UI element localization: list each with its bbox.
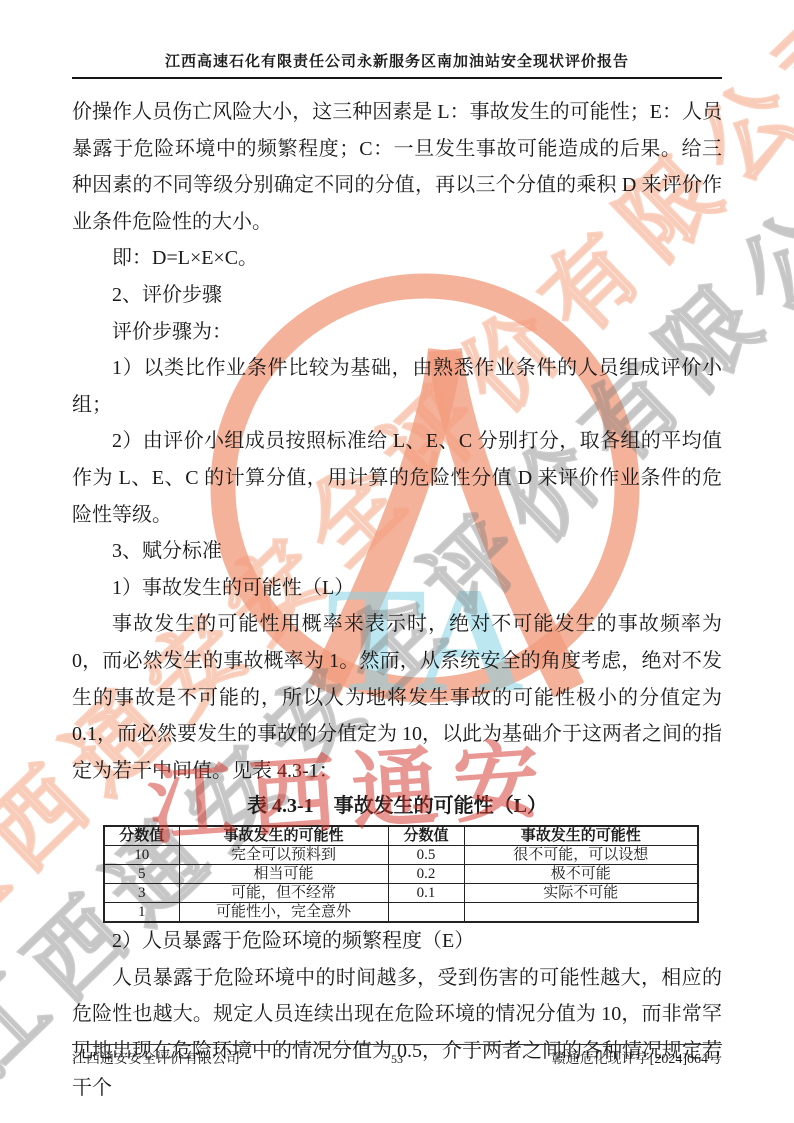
table-cell xyxy=(464,903,698,923)
table-header-row: 分数值 事故发生的可能性 分数值 事故发生的可能性 xyxy=(104,826,698,846)
table-title: 表 4.3-1 事故发生的可能性（L） xyxy=(72,789,722,823)
table-cell: 0.2 xyxy=(388,865,464,884)
document-body: 价操作人员伤亡风险大小，这三种因素是 L：事故发生的可能性；E：人员暴露于危险环… xyxy=(72,94,722,1106)
table-cell: 可能，但不经常 xyxy=(179,884,388,903)
paragraph: 人员暴露于危险环境中的时间越多，受到伤害的可能性越大，相应的危险性也越大。规定人… xyxy=(72,960,722,1106)
column-header: 分数值 xyxy=(104,826,179,846)
likelihood-table: 分数值 事故发生的可能性 分数值 事故发生的可能性 10 完全可以预料到 0.5… xyxy=(103,825,699,923)
table-cell: 10 xyxy=(104,846,179,865)
table-cell: 0.5 xyxy=(388,846,464,865)
table-row: 1 可能性小，完全意外 xyxy=(104,903,698,923)
sub-heading: 2）人员暴露于危险环境的频繁程度（E） xyxy=(72,923,722,960)
table-cell: 1 xyxy=(104,903,179,923)
table-cell: 可能性小，完全意外 xyxy=(179,903,388,923)
footer-rule xyxy=(72,1044,722,1045)
section-heading: 2、评价步骤 xyxy=(72,277,722,314)
table-row: 10 完全可以预料到 0.5 很不可能，可以设想 xyxy=(104,846,698,865)
paragraph: 1）以类比作业条件比较为基础，由熟悉作业条件的人员组成评价小组； xyxy=(72,350,722,423)
table-cell: 实际不可能 xyxy=(464,884,698,903)
paragraph: 即：D=L×E×C。 xyxy=(72,240,722,277)
table-cell: 很不可能，可以设想 xyxy=(464,846,698,865)
page-footer: 江西通安安全评价有限公司 53 赣通危化现评字[2024]064号 xyxy=(72,1048,722,1068)
footer-doc-number: 赣通危化现评字[2024]064号 xyxy=(437,1048,722,1068)
paragraph: 价操作人员伤亡风险大小，这三种因素是 L：事故发生的可能性；E：人员暴露于危险环… xyxy=(72,94,722,240)
table-cell: 3 xyxy=(104,884,179,903)
document-page: 江西通安安全评价有限公司 江西通安安全评价有限公司 TA 江西通安 江西高速石化… xyxy=(0,0,794,1123)
paragraph: 事故发生的可能性用概率来表示时，绝对不可能发生的事故频率为 0，而必然发生的事故… xyxy=(72,606,722,789)
table-row: 5 相当可能 0.2 极不可能 xyxy=(104,865,698,884)
table-cell: 完全可以预料到 xyxy=(179,846,388,865)
section-heading: 3、赋分标准 xyxy=(72,533,722,570)
table-cell: 5 xyxy=(104,865,179,884)
column-header: 事故发生的可能性 xyxy=(464,826,698,846)
footer-company: 江西通安安全评价有限公司 xyxy=(72,1048,357,1068)
column-header: 事故发生的可能性 xyxy=(179,826,388,846)
column-header: 分数值 xyxy=(388,826,464,846)
footer-page-number: 53 xyxy=(357,1052,437,1067)
table-cell: 0.1 xyxy=(388,884,464,903)
table-cell: 极不可能 xyxy=(464,865,698,884)
page-header-title: 江西高速石化有限责任公司永新服务区南加油站安全现状评价报告 xyxy=(0,50,794,71)
table-row: 3 可能，但不经常 0.1 实际不可能 xyxy=(104,884,698,903)
table-cell: 相当可能 xyxy=(179,865,388,884)
table-cell xyxy=(388,903,464,923)
paragraph: 评价步骤为： xyxy=(72,314,722,351)
header-rule xyxy=(72,77,722,79)
paragraph: 2）由评价小组成员按照标准给 L、E、C 分别打分，取各组的平均值作为 L、E、… xyxy=(72,423,722,533)
sub-heading: 1）事故发生的可能性（L） xyxy=(72,570,722,607)
